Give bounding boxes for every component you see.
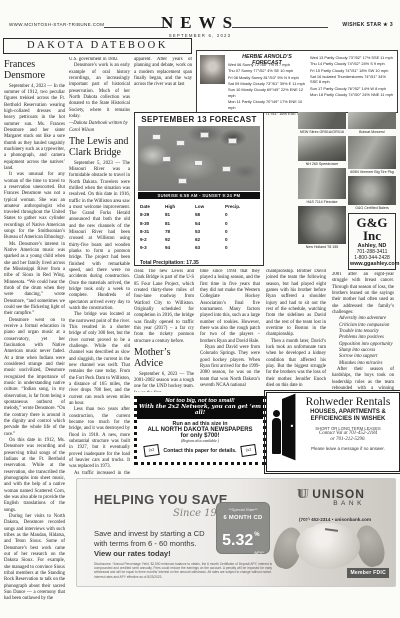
table-row: 9-3 [140, 244, 165, 252]
rohweder-note: Please leave a message if no answer. [299, 446, 397, 451]
table-row: 63 [195, 244, 225, 252]
text-block: time since 1994 that they played a losin… [200, 269, 260, 345]
table-row: 8-2981580 [140, 211, 261, 219]
photo-caption: New Holland T8 155 [298, 245, 346, 249]
apy-label: APY* [254, 550, 264, 555]
unison-body-copy: Save and invest by starting a CD with te… [94, 529, 205, 559]
text-block: Opposition into opportunity [332, 342, 394, 348]
forecast-table-header: DateHighLowPrecip. [140, 203, 261, 211]
text-block: —Dakota Datebook written by Carol Wilson [69, 121, 130, 134]
table-row: 8-29 [140, 211, 165, 219]
forecast-line: Sat 16 Isolated Thunderstorms 74°/51° 34… [310, 74, 394, 85]
forecast-line: Fri 15 Partly Cloudy 74°/51° 18% SW 10 m… [310, 68, 394, 74]
equipment-photo [348, 112, 396, 129]
table-row: 0 [225, 211, 255, 219]
table-row: 0 [225, 220, 255, 228]
rohweder-title: Rohweder Rentals [299, 396, 397, 409]
unison-logo: U U UNISON BANK [297, 488, 365, 508]
total-precipitation: Total Precipitation: 17.35 [140, 260, 263, 266]
table-row: 62 [195, 236, 225, 244]
table-row: 8-3081540 [140, 220, 261, 228]
forecast-line: Sun 10 Mostly Cloudy 69°/49° 22% ENE 12 … [228, 87, 307, 98]
photo-caption: NEW Sitrex GR51A/GRX16 [298, 130, 346, 134]
text-block: Ms. Densmore’s interest in Native Americ… [4, 242, 65, 318]
table-row: 9-394630 [140, 244, 261, 252]
table-row: 92 [165, 236, 195, 244]
article-column-3-top: apparent. After years of planning and de… [134, 57, 192, 108]
piggy-bank-image [296, 523, 360, 569]
photo-caption: G&G Certified Balers [348, 206, 396, 210]
text-block: Adversity into adventure [332, 316, 394, 322]
article-column-1: Frances DensmoreSeptember 4, 2023 — In t… [4, 57, 65, 612]
herbie-forecast-box: HERBIE ARNOLD’S FORECAST Wed 06 Sunny 72… [196, 50, 398, 113]
forecast-line: Fri 08 Mostly Sunny 81°/53° 5% N 9 mph [228, 75, 307, 81]
unison-wordmark: UNISON [312, 488, 365, 500]
table-header-cell: High [165, 203, 195, 211]
text-block: During her visits to North Dakota, Densm… [4, 514, 65, 603]
text-block: Mother’s Advice [134, 348, 194, 370]
photo-caption: H&S 7114 Flexrake [298, 200, 346, 204]
article-column-5: championship. Brother David joined the t… [266, 269, 326, 392]
rohweder-line1: HOUSES, APARTMENTS & [299, 409, 397, 417]
article-column-3-bottom: clear. The new Lewis and Clark Bridge is… [134, 269, 194, 392]
text-block: Densmore went on to receive a formal edu… [4, 318, 65, 438]
gg-logo: G&G Inc [350, 216, 394, 242]
door-panel-icon [282, 394, 295, 461]
unison-u-icon: U [299, 488, 309, 502]
equipment-photo [348, 136, 396, 169]
map-temp-label [178, 178, 187, 184]
gg-equipment-ad: NEW Sitrex GR51A/GRX16 NH 260 Speedrower… [298, 112, 396, 270]
rohweder-phone-line2: or 701-212-5290. [299, 437, 397, 444]
text-block: Densmore’s work is an early example of o… [69, 63, 130, 120]
2x2-ad-banner: Not too big, not too small! With the 2x2… [137, 396, 263, 419]
forecast-line: Thu 07 Sunny 77°/52° 4% SE 10 mph [228, 68, 307, 74]
newspaper-page: WWW.MCINTOSH-STAR-TRIBUNE.COM NEWS SEPTE… [0, 0, 400, 618]
cd-rate-badge: **Special Rate** 6 MONTH CD 5.32 % APY* [217, 503, 269, 553]
table-row: 0 [225, 236, 255, 244]
2x2-banner-line2: With the 2x2 Network, you can get ’em al… [137, 404, 263, 416]
unison-body-line3: View our rates today! [94, 549, 205, 559]
2x2-network-ad: Not too big, not too small! With the 2x2… [134, 396, 266, 465]
gg-contact-block: G&G Inc Ashley, ND 701-288-3411 1-800-34… [348, 213, 396, 270]
text-block: championship. Brother David joined the t… [266, 269, 326, 339]
forecast-table-body: 8-29815808-30815408-31785309-2926209-394… [140, 211, 261, 252]
table-row: 58 [195, 211, 225, 219]
text-block: clear. The new Lewis and Clark Bridge is… [134, 269, 194, 345]
text-block: apparent. After years of planning and de… [134, 57, 192, 89]
text-block: Frances Densmore [4, 60, 65, 82]
equipment-photo [298, 136, 346, 161]
sunrise-sunset-bar: SUNRISE 6:58 AM - SUNSET 9:24 PM [138, 192, 260, 199]
text-block: The bridge was located at the narrowest … [69, 312, 130, 407]
datebook-header: DAKOTA DATEBOOK [3, 38, 192, 54]
unison-bank-ad: HELPING YOU SAVE Since 1965. Save and in… [76, 478, 396, 587]
special-rate-label: **Special Rate** [217, 507, 269, 512]
2x2-contact-text: Contact this paper for details. [163, 448, 236, 454]
table-header-cell: Low [195, 203, 225, 211]
table-row: 53 [195, 228, 225, 236]
masthead-rule-right [232, 27, 328, 28]
equipment-photo [298, 206, 346, 244]
gg-website: www.ggashley.com [350, 261, 394, 267]
table-row: 81 [165, 211, 195, 219]
text-block: 2001 after an eight-year struggle with b… [332, 272, 394, 316]
text-block: Less than two years after construction, … [69, 407, 130, 470]
table-row: 0 [225, 244, 255, 252]
table-header-cell: Precip. [225, 203, 255, 211]
table-row: 81 [165, 220, 195, 228]
table-row: 0 [225, 228, 255, 236]
photo-caption: 605N Vermeer Big Tire Pkg [348, 170, 396, 174]
text-block: September 4, 2023 — In the summer of 191… [4, 84, 65, 173]
map-temp-label [176, 140, 185, 146]
text-block: September 5, 2023 — The Missouri River w… [69, 161, 130, 313]
forecast-line: Thu 14 Partly Cloudy 74°/52° 24% S 9 mph [310, 61, 394, 67]
article-column-4: time since 1994 that they played a losin… [200, 269, 260, 392]
rohweder-line2: EFFICIENCIES IN WISHEK [299, 416, 397, 424]
2x2-ad-line4: (Regions also available.) [137, 439, 263, 443]
table-row: 54 [195, 220, 225, 228]
cd-term-label: 6 MONTH CD [217, 515, 269, 521]
map-temp-label [162, 156, 171, 162]
forecast-line: Sat 09 Mostly Cloudy 73°/51° 39% E 11 mp… [228, 81, 307, 87]
text-block: Then a month later, David’s luck took an… [266, 339, 326, 390]
photo-caption: NH 260 Speedrower [298, 162, 346, 166]
table-row: 8-3178530 [140, 228, 261, 236]
section-title: NEWS [0, 13, 400, 33]
percent-sign: % [254, 532, 259, 538]
rohweder-ad-body: Rohweder Rentals HOUSES, APARTMENTS & EF… [299, 396, 397, 468]
map-temp-label [222, 166, 231, 172]
rohweder-rentals-ad: Rohweder Rentals HOUSES, APARTMENTS & EF… [266, 392, 400, 472]
person-icon [272, 418, 281, 454]
forecast-table: DateHighLowPrecip. 8-29815808-30815408-3… [140, 203, 261, 253]
forecast-line: Wed 06 Sunny 72°/48° 7% N 7 mph [228, 62, 307, 68]
text-block: It was unusual for any woman of the time… [4, 172, 65, 242]
text-block: As traffic increased in the modern era, … [69, 471, 130, 475]
equipment-photo [348, 176, 396, 205]
gg-photo-column-right: Bobcat Mowers! 605N Vermeer Big Tire Pkg… [348, 112, 396, 270]
2x2-contact-row: 2x2 Contact this paper for details. 2x2 [137, 445, 263, 456]
article-column-6: 2001 after an eight-year struggle with b… [332, 272, 394, 392]
table-row: 78 [165, 228, 195, 236]
2x2-newspaper-icon: 2x2 [240, 444, 256, 457]
open-door-icon [269, 396, 299, 468]
herbie-portrait-photo [200, 55, 225, 84]
text-block: Ryan and David were from Colorado Spring… [200, 345, 260, 389]
forecast-line: Mon 18 Partly Cloudy 74°/50° 24% NNE 11 … [310, 92, 394, 98]
table-row: 9-2 [140, 236, 165, 244]
table-row: 9-292620 [140, 236, 261, 244]
gg-photo-column-left: NEW Sitrex GR51A/GRX16 NH 260 Speedrower… [298, 112, 346, 270]
piggy-bank-photo [279, 519, 379, 574]
unison-headline: HELPING YOU SAVE [94, 492, 228, 507]
table-row: 8-31 [140, 228, 165, 236]
map-temp-label [200, 132, 209, 138]
cd-rate-value: 5.32 [222, 533, 253, 549]
text-block: After their season of hardships, the boy… [332, 367, 394, 392]
text-block: On this date in 1912, Ms. Densmore was r… [4, 438, 65, 514]
equipment-photo [298, 112, 346, 129]
weather-map-image [138, 126, 260, 191]
fdic-badge: Member FDIC [347, 568, 389, 578]
equipment-photo [298, 168, 346, 199]
text-block: The Lewis and Clark Bridge [69, 137, 130, 159]
unison-body-line1: Save and invest by starting a CD [94, 529, 205, 539]
photo-caption: Bobcat Mowers! [348, 130, 396, 134]
forecast-line: Mon 11 Partly Cloudy 70°/49° 17% ENE 10 … [228, 99, 307, 110]
article-column-2: U.S. government in 1882.Densmore’s work … [69, 57, 130, 475]
disclosure-text: Disclosures: *Annual Percentage Yield. $… [94, 562, 272, 579]
sept13-forecast-box: SEPTEMBER 13 FORECAST SUNRISE 6:58 AM - … [134, 112, 264, 266]
map-temp-label [152, 134, 161, 140]
2x2-newspaper-icon: 2x2 [144, 444, 160, 457]
unison-body-line2: with terms from 6 - 60 months. [94, 539, 205, 549]
page-indicator: WISHEK STAR ★ 3 [342, 22, 393, 28]
table-row: 94 [165, 244, 195, 252]
table-row: 8-30 [140, 220, 165, 228]
herbie-forecast-week2: Wed 13 Partly Cloudy 73°/52° 17% SSE 11 … [310, 55, 394, 98]
map-temp-label [228, 138, 237, 144]
table-header-cell: Date [140, 203, 165, 211]
sept13-forecast-title: SEPTEMBER 13 FORECAST [135, 113, 263, 124]
map-temp-label [194, 160, 203, 166]
forecast-line: Wed 13 Partly Cloudy 73°/52° 17% SSE 11 … [310, 55, 394, 61]
unison-bank-word: BANK [312, 500, 365, 508]
text-block: September 6, 2023 — The 2001-2002 season… [134, 372, 194, 392]
forecast-line: Sun 17 Partly Cloudy 76°/52° 14% W 8 mph [310, 86, 394, 92]
